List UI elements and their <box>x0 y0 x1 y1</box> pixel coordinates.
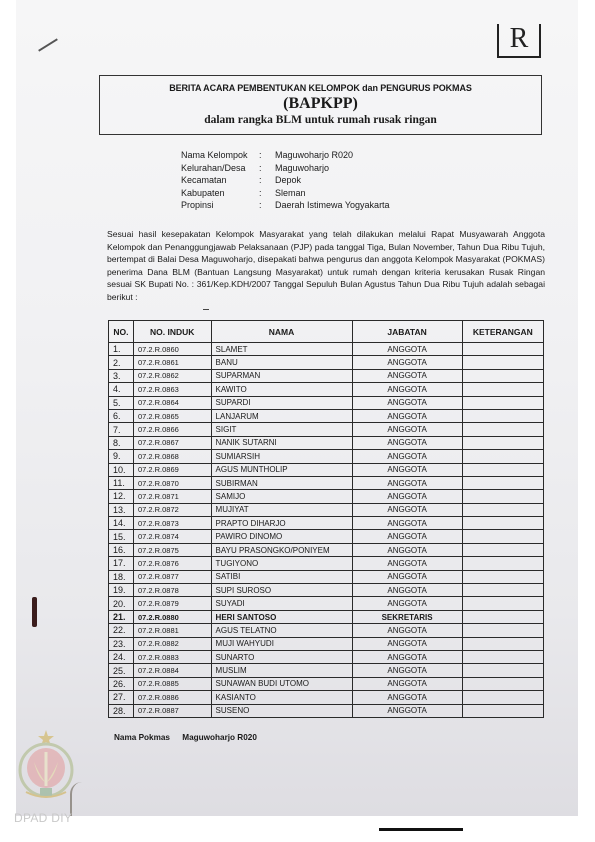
cell-nama: MUSLIM <box>211 664 352 677</box>
cell-no: 24. <box>109 650 134 663</box>
cell-induk: 07.2.R.0877 <box>133 570 211 583</box>
col-induk: NO. INDUK <box>133 321 211 343</box>
table-row: 12.07.2.R.0871SAMIJOANGGOTA <box>109 490 544 503</box>
cell-jabatan: ANGGOTA <box>352 557 462 570</box>
table-row: 25.07.2.R.0884MUSLIMANGGOTA <box>109 664 544 677</box>
cell-jabatan: ANGGOTA <box>352 409 462 422</box>
info-label: Kabupaten <box>181 187 259 200</box>
cell-keterangan <box>462 530 543 543</box>
info-separator: : <box>259 187 275 200</box>
cell-induk: 07.2.R.0871 <box>133 490 211 503</box>
footer-bar <box>379 828 463 831</box>
table-row: 8.07.2.R.0867NANIK SUTARNIANGGOTA <box>109 436 544 449</box>
cell-jabatan: ANGGOTA <box>352 597 462 610</box>
table-row: 5.07.2.R.0864SUPARDIANGGOTA <box>109 396 544 409</box>
info-row: Kelurahan/Desa:Maguwoharjo <box>181 162 390 175</box>
cell-induk: 07.2.R.0862 <box>133 369 211 382</box>
cell-keterangan <box>462 704 543 717</box>
cell-induk: 07.2.R.0869 <box>133 463 211 476</box>
cell-nama: SIGIT <box>211 423 352 436</box>
cell-no: 3. <box>109 369 134 382</box>
cell-nama: SUSENO <box>211 704 352 717</box>
info-label: Kecamatan <box>181 174 259 187</box>
cell-no: 5. <box>109 396 134 409</box>
cell-induk: 07.2.R.0882 <box>133 637 211 650</box>
table-header-row: NO. NO. INDUK NAMA JABATAN KETERANGAN <box>109 321 544 343</box>
cell-keterangan <box>462 356 543 369</box>
cell-no: 16. <box>109 543 134 556</box>
cell-induk: 07.2.R.0875 <box>133 543 211 556</box>
info-value: Depok <box>275 174 301 187</box>
cell-no: 28. <box>109 704 134 717</box>
cell-induk: 07.2.R.0866 <box>133 423 211 436</box>
cell-nama: SLAMET <box>211 343 352 356</box>
cell-jabatan: ANGGOTA <box>352 383 462 396</box>
table-row: 27.07.2.R.0886KASIANTOANGGOTA <box>109 691 544 704</box>
table-row: 3.07.2.R.0862SUPARMANANGGOTA <box>109 369 544 382</box>
cell-jabatan: ANGGOTA <box>352 637 462 650</box>
cell-no: 26. <box>109 677 134 690</box>
cell-nama: BANU <box>211 356 352 369</box>
info-row: Nama Kelompok:Maguwoharjo R020 <box>181 149 390 162</box>
cell-no: 19. <box>109 584 134 597</box>
cell-no: 13. <box>109 503 134 516</box>
table-row: 24.07.2.R.0883SUNARTOANGGOTA <box>109 650 544 663</box>
cell-keterangan <box>462 624 543 637</box>
table-row: 9.07.2.R.0868SUMIARSIHANGGOTA <box>109 450 544 463</box>
pokmas-value: Maguwoharjo R020 <box>182 733 257 742</box>
staple-mark <box>32 597 37 627</box>
table-row: 21.07.2.R.0880HERI SANTOSOSEKRETARIS <box>109 610 544 623</box>
cell-jabatan: ANGGOTA <box>352 624 462 637</box>
cell-jabatan: ANGGOTA <box>352 490 462 503</box>
table-row: 10.07.2.R.0869AGUS MUNTHOLIPANGGOTA <box>109 463 544 476</box>
cell-no: 4. <box>109 383 134 396</box>
cell-keterangan <box>462 610 543 623</box>
cell-jabatan: ANGGOTA <box>352 396 462 409</box>
cell-nama: SUYADI <box>211 597 352 610</box>
cell-nama: MUJIYAT <box>211 503 352 516</box>
scanned-page: R BERITA ACARA PEMBENTUKAN KELOMPOK dan … <box>16 0 578 816</box>
cell-no: 23. <box>109 637 134 650</box>
cell-nama: SUBIRMAN <box>211 476 352 489</box>
cell-induk: 07.2.R.0860 <box>133 343 211 356</box>
yogyakarta-coat-of-arms-icon <box>16 728 76 802</box>
cell-induk: 07.2.R.0874 <box>133 530 211 543</box>
cell-induk: 07.2.R.0886 <box>133 691 211 704</box>
cell-keterangan <box>462 490 543 503</box>
table-row: 2.07.2.R.0861BANUANGGOTA <box>109 356 544 369</box>
cell-no: 1. <box>109 343 134 356</box>
cell-jabatan: ANGGOTA <box>352 543 462 556</box>
cell-no: 7. <box>109 423 134 436</box>
info-value: Daerah Istimewa Yogyakarta <box>275 199 390 212</box>
table-row: 14.07.2.R.0873PRAPTO DIHARJOANGGOTA <box>109 517 544 530</box>
cell-jabatan: ANGGOTA <box>352 584 462 597</box>
cell-no: 12. <box>109 490 134 503</box>
cell-induk: 07.2.R.0880 <box>133 610 211 623</box>
cell-nama: SUPARDI <box>211 396 352 409</box>
cell-nama: AGUS MUNTHOLIP <box>211 463 352 476</box>
cell-no: 22. <box>109 624 134 637</box>
table-row: 22.07.2.R.0881AGUS TELATNOANGGOTA <box>109 624 544 637</box>
cell-induk: 07.2.R.0884 <box>133 664 211 677</box>
cell-nama: SATIBI <box>211 570 352 583</box>
cell-jabatan: ANGGOTA <box>352 343 462 356</box>
table-row: 18.07.2.R.0877SATIBIANGGOTA <box>109 570 544 583</box>
table-row: 20.07.2.R.0879SUYADIANGGOTA <box>109 597 544 610</box>
cell-keterangan <box>462 450 543 463</box>
cell-keterangan <box>462 517 543 530</box>
cell-no: 2. <box>109 356 134 369</box>
document-subtitle: dalam rangka BLM untuk rumah rusak ringa… <box>100 114 541 126</box>
table-row: 1.07.2.R.0860SLAMETANGGOTA <box>109 343 544 356</box>
table-row: 11.07.2.R.0870SUBIRMANANGGOTA <box>109 476 544 489</box>
col-keterangan: KETERANGAN <box>462 321 543 343</box>
cell-jabatan: ANGGOTA <box>352 691 462 704</box>
cell-nama: TUGIYONO <box>211 557 352 570</box>
cell-induk: 07.2.R.0879 <box>133 597 211 610</box>
cell-keterangan <box>462 597 543 610</box>
col-jabatan: JABATAN <box>352 321 462 343</box>
group-info: Nama Kelompok:Maguwoharjo R020Kelurahan/… <box>181 149 390 212</box>
cell-nama: SUPI SUROSO <box>211 584 352 597</box>
cell-jabatan: ANGGOTA <box>352 650 462 663</box>
cell-nama: KASIANTO <box>211 691 352 704</box>
cell-no: 27. <box>109 691 134 704</box>
cell-nama: KAWITO <box>211 383 352 396</box>
table-row: 23.07.2.R.0882MUJI WAHYUDIANGGOTA <box>109 637 544 650</box>
table-row: 7.07.2.R.0866SIGITANGGOTA <box>109 423 544 436</box>
cell-keterangan <box>462 423 543 436</box>
cell-no: 18. <box>109 570 134 583</box>
cell-no: 8. <box>109 436 134 449</box>
cell-nama: HERI SANTOSO <box>211 610 352 623</box>
cell-nama: SAMIJO <box>211 490 352 503</box>
info-label: Propinsi <box>181 199 259 212</box>
cell-keterangan <box>462 570 543 583</box>
cell-nama: SUPARMAN <box>211 369 352 382</box>
cell-no: 21. <box>109 610 134 623</box>
cell-keterangan <box>462 369 543 382</box>
cell-induk: 07.2.R.0876 <box>133 557 211 570</box>
cell-no: 11. <box>109 476 134 489</box>
cell-induk: 07.2.R.0883 <box>133 650 211 663</box>
table-row: 16.07.2.R.0875BAYU PRASONGKO/PONIYEMANGG… <box>109 543 544 556</box>
cell-nama: MUJI WAHYUDI <box>211 637 352 650</box>
cell-nama: SUNARTO <box>211 650 352 663</box>
table-row: 6.07.2.R.0865LANJARUMANGGOTA <box>109 409 544 422</box>
cell-induk: 07.2.R.0872 <box>133 503 211 516</box>
cell-keterangan <box>462 677 543 690</box>
cell-keterangan <box>462 650 543 663</box>
cell-keterangan <box>462 383 543 396</box>
table-row: 26.07.2.R.0885SUNAWAN BUDI UTOMOANGGOTA <box>109 677 544 690</box>
pokmas-label: Nama Pokmas <box>114 733 170 742</box>
cell-jabatan: ANGGOTA <box>352 503 462 516</box>
cell-induk: 07.2.R.0873 <box>133 517 211 530</box>
cell-keterangan <box>462 664 543 677</box>
cell-jabatan: ANGGOTA <box>352 704 462 717</box>
cell-keterangan <box>462 543 543 556</box>
table-row: 17.07.2.R.0876TUGIYONOANGGOTA <box>109 557 544 570</box>
cell-induk: 07.2.R.0878 <box>133 584 211 597</box>
title-box: BERITA ACARA PEMBENTUKAN KELOMPOK dan PE… <box>99 75 542 135</box>
info-row: Propinsi:Daerah Istimewa Yogyakarta <box>181 199 390 212</box>
cell-keterangan <box>462 436 543 449</box>
cell-induk: 07.2.R.0885 <box>133 677 211 690</box>
cell-jabatan: ANGGOTA <box>352 450 462 463</box>
watermark-text: DPAD DIY <box>14 811 72 825</box>
cell-jabatan: ANGGOTA <box>352 463 462 476</box>
cell-keterangan <box>462 691 543 704</box>
cell-keterangan <box>462 476 543 489</box>
info-value: Maguwoharjo <box>275 162 329 175</box>
cell-jabatan: ANGGOTA <box>352 664 462 677</box>
cell-nama: SUMIARSIH <box>211 450 352 463</box>
cell-keterangan <box>462 396 543 409</box>
table-row: 13.07.2.R.0872MUJIYATANGGOTA <box>109 503 544 516</box>
cell-jabatan: ANGGOTA <box>352 677 462 690</box>
info-row: Kabupaten:Sleman <box>181 187 390 200</box>
document-title: BERITA ACARA PEMBENTUKAN KELOMPOK dan PE… <box>100 83 541 93</box>
corner-mark: R <box>499 23 539 55</box>
cell-jabatan: ANGGOTA <box>352 570 462 583</box>
table-row: 4.07.2.R.0863KAWITOANGGOTA <box>109 383 544 396</box>
corner-mark-box: R <box>497 24 541 58</box>
cell-nama: NANIK SUTARNI <box>211 436 352 449</box>
info-separator: : <box>259 149 275 162</box>
cell-keterangan <box>462 463 543 476</box>
cell-nama: BAYU PRASONGKO/PONIYEM <box>211 543 352 556</box>
cell-induk: 07.2.R.0863 <box>133 383 211 396</box>
cell-keterangan <box>462 557 543 570</box>
pokmas-name: Nama Pokmas Maguwoharjo R020 <box>114 733 257 742</box>
cell-induk: 07.2.R.0867 <box>133 436 211 449</box>
table-row: 19.07.2.R.0878SUPI SUROSOANGGOTA <box>109 584 544 597</box>
document-acronym: (BAPKPP) <box>100 95 541 113</box>
cell-nama: PRAPTO DIHARJO <box>211 517 352 530</box>
cell-jabatan: ANGGOTA <box>352 476 462 489</box>
cell-no: 17. <box>109 557 134 570</box>
cell-no: 6. <box>109 409 134 422</box>
info-row: Kecamatan:Depok <box>181 174 390 187</box>
table-row: 28.07.2.R.0887SUSENOANGGOTA <box>109 704 544 717</box>
cell-keterangan <box>462 409 543 422</box>
members-table: NO. NO. INDUK NAMA JABATAN KETERANGAN 1.… <box>108 320 544 718</box>
cell-nama: PAWIRO DINOMO <box>211 530 352 543</box>
cell-no: 25. <box>109 664 134 677</box>
info-separator: : <box>259 174 275 187</box>
cell-induk: 07.2.R.0864 <box>133 396 211 409</box>
cell-jabatan: ANGGOTA <box>352 530 462 543</box>
cell-jabatan: ANGGOTA <box>352 356 462 369</box>
cell-no: 15. <box>109 530 134 543</box>
table-row: 15.07.2.R.0874PAWIRO DINOMOANGGOTA <box>109 530 544 543</box>
cell-induk: 07.2.R.0887 <box>133 704 211 717</box>
cell-no: 10. <box>109 463 134 476</box>
cell-keterangan <box>462 503 543 516</box>
info-value: Maguwoharjo R020 <box>275 149 353 162</box>
info-separator: : <box>259 162 275 175</box>
cell-jabatan: ANGGOTA <box>352 369 462 382</box>
cell-nama: AGUS TELATNO <box>211 624 352 637</box>
cell-induk: 07.2.R.0865 <box>133 409 211 422</box>
cell-no: 20. <box>109 597 134 610</box>
cell-jabatan: ANGGOTA <box>352 423 462 436</box>
cell-nama: SUNAWAN BUDI UTOMO <box>211 677 352 690</box>
cell-induk: 07.2.R.0868 <box>133 450 211 463</box>
cell-keterangan <box>462 343 543 356</box>
cell-no: 14. <box>109 517 134 530</box>
cell-nama: LANJARUM <box>211 409 352 422</box>
cell-induk: 07.2.R.0881 <box>133 624 211 637</box>
cell-keterangan <box>462 584 543 597</box>
info-label: Kelurahan/Desa <box>181 162 259 175</box>
pen-mark <box>38 38 58 51</box>
col-no: NO. <box>109 321 134 343</box>
info-value: Sleman <box>275 187 306 200</box>
cell-induk: 07.2.R.0861 <box>133 356 211 369</box>
intro-paragraph: Sesuai hasil kesepakatan Kelompok Masyar… <box>107 228 545 304</box>
col-nama: NAMA <box>211 321 352 343</box>
cell-no: 9. <box>109 450 134 463</box>
cell-keterangan <box>462 637 543 650</box>
cell-jabatan: ANGGOTA <box>352 517 462 530</box>
info-label: Nama Kelompok <box>181 149 259 162</box>
info-separator: : <box>259 199 275 212</box>
cell-jabatan: SEKRETARIS <box>352 610 462 623</box>
cell-induk: 07.2.R.0870 <box>133 476 211 489</box>
pen-dash <box>203 309 209 310</box>
cell-jabatan: ANGGOTA <box>352 436 462 449</box>
